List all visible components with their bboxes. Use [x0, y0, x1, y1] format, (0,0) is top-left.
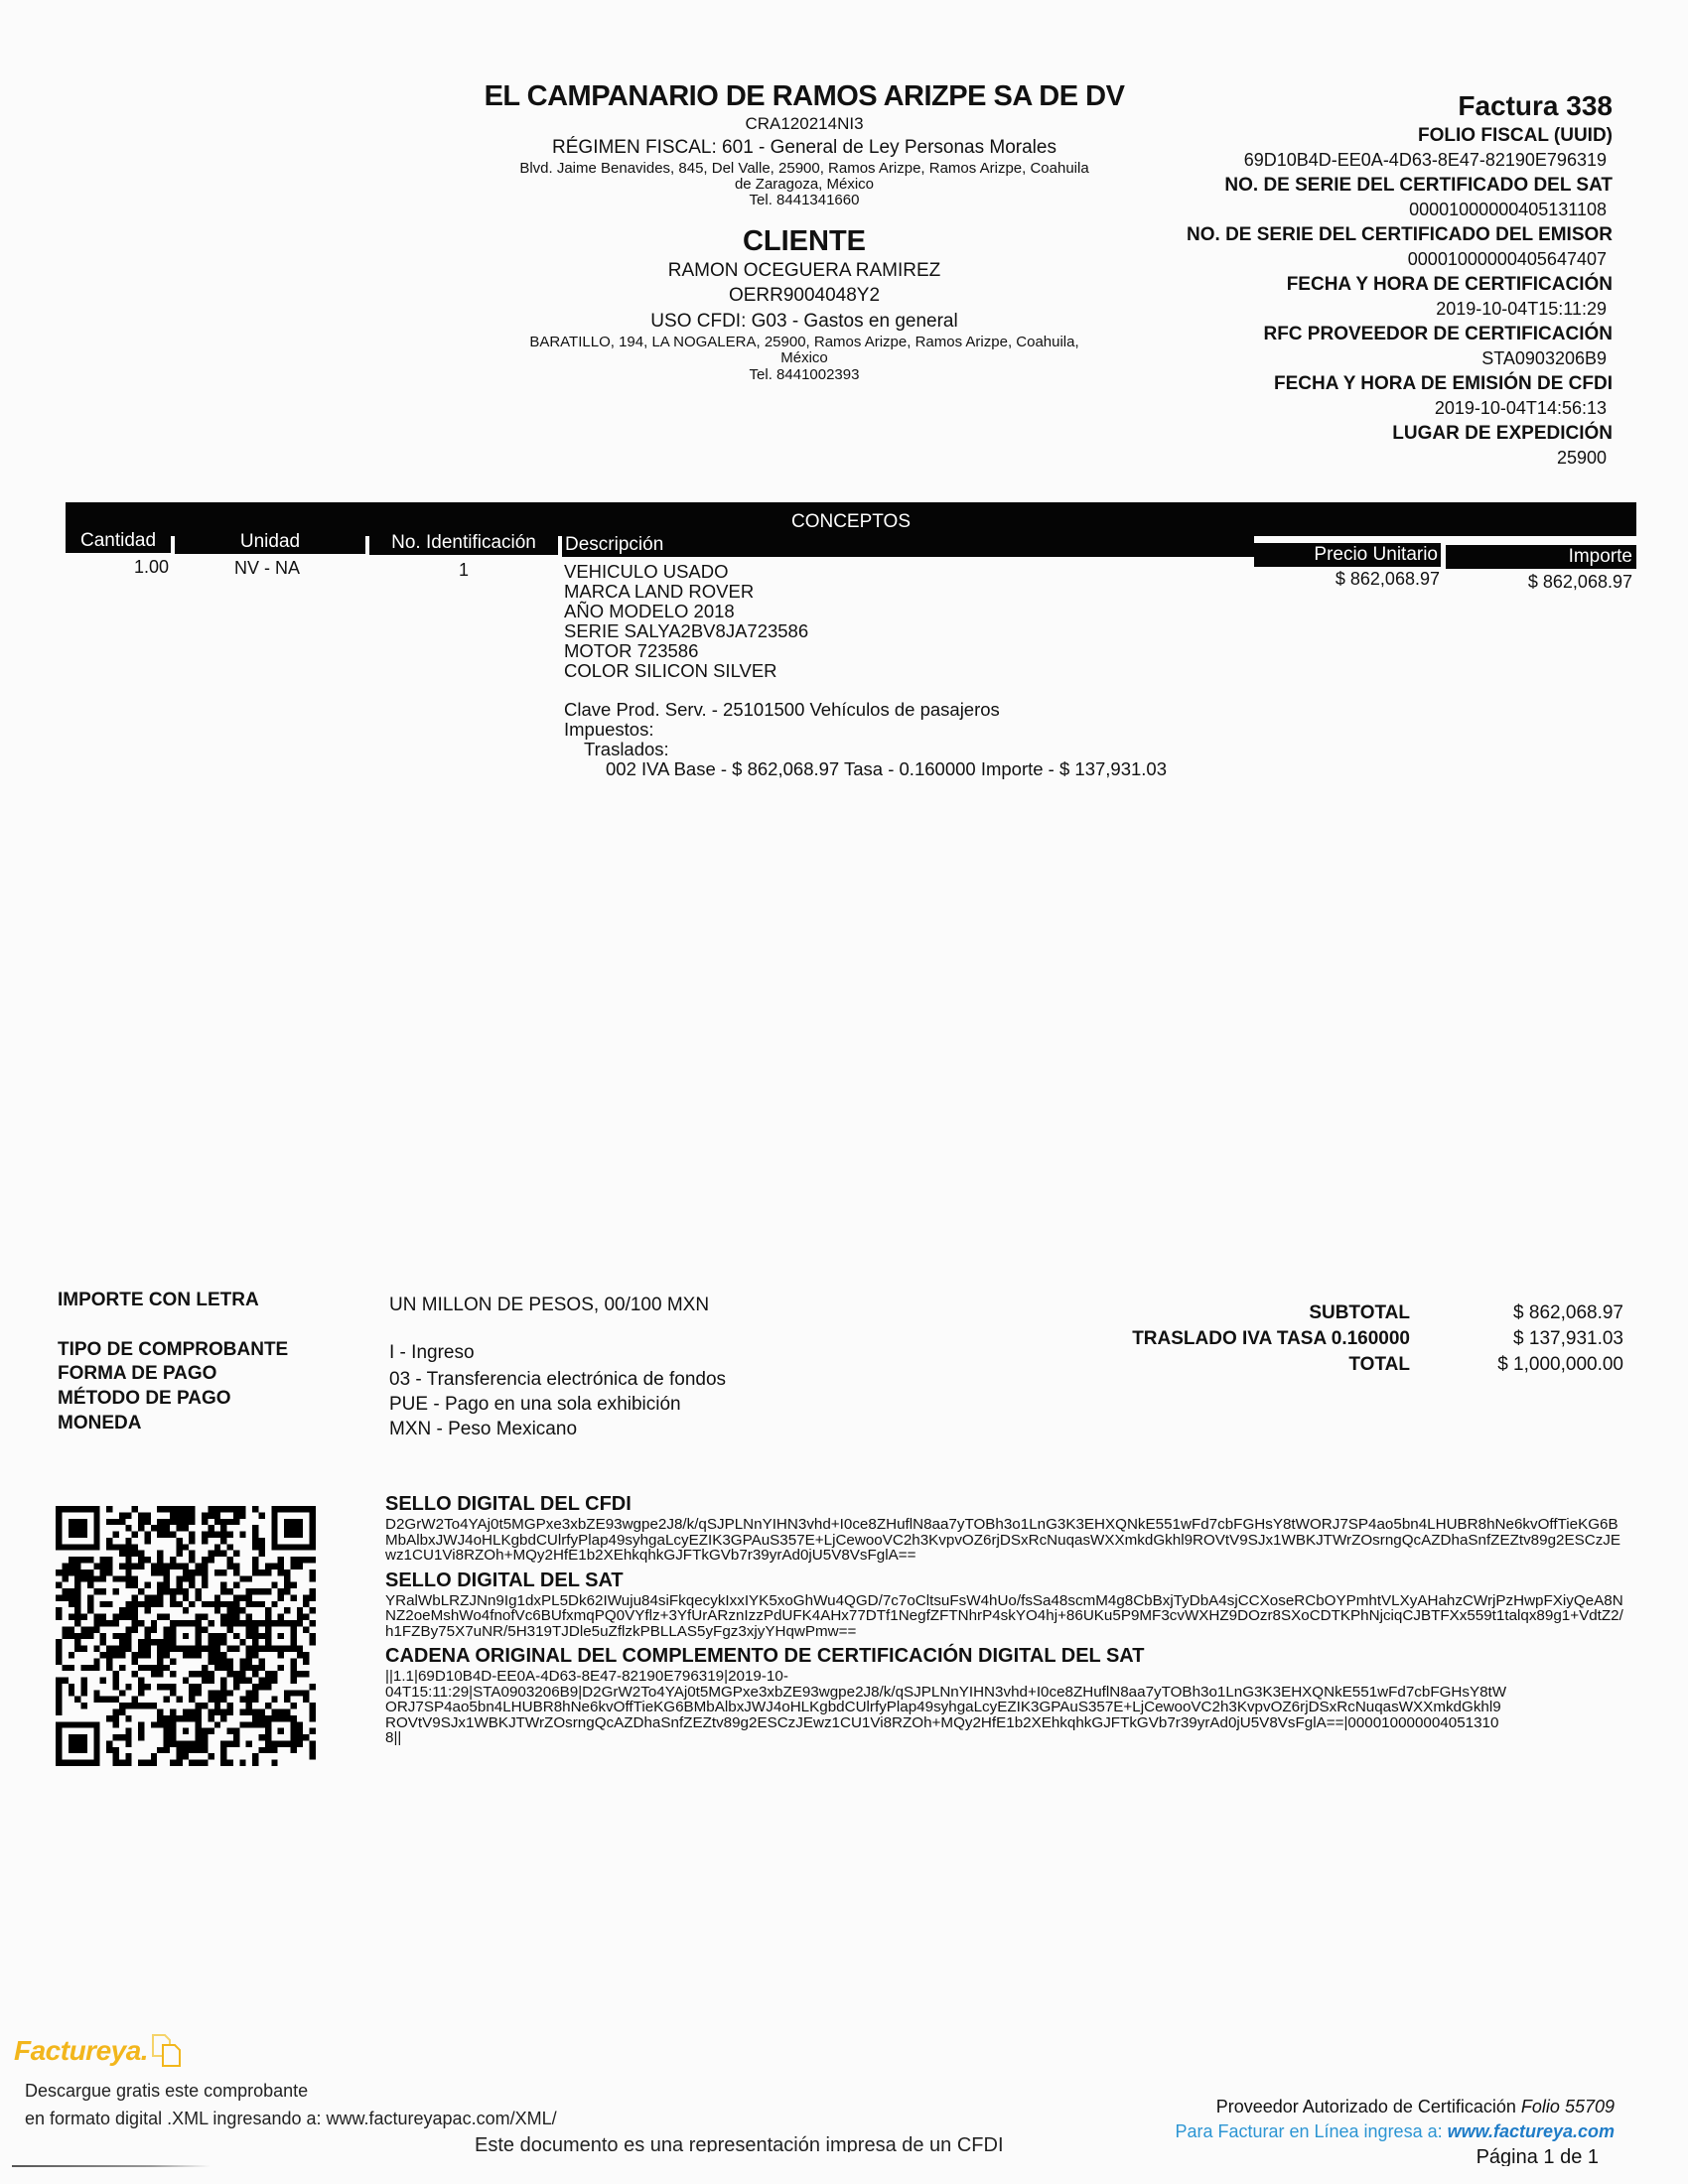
client-title: CLIENTE: [467, 224, 1142, 258]
cell-importe: $ 862,068.97: [1446, 572, 1632, 592]
emisor-cert-value: 00001000000405647407: [1096, 247, 1613, 272]
documents-icon: [151, 2033, 183, 2069]
issuer-block: EL CAMPANARIO DE RAMOS ARIZPE SA DE DV C…: [467, 79, 1142, 208]
download-text-line1: Descargue gratis este comprobante: [25, 2081, 308, 2102]
cadena-original-block: CADENA ORIGINAL DEL COMPLEMENTO DE CERTI…: [385, 1643, 1626, 1746]
cell-descripcion: VEHICULO USADO MARCA LAND ROVER AÑO MODE…: [564, 562, 1167, 779]
cert-date-label: FECHA Y HORA DE CERTIFICACIÓN: [1096, 272, 1613, 297]
iva-value: $ 137,931.03: [1410, 1326, 1623, 1352]
pac-notice: Proveedor Autorizado de Certificación Fo…: [1216, 2097, 1615, 2117]
moneda-label: MONEDA: [58, 1411, 141, 1435]
online-invoicing-notice: Para Facturar en Línea ingresa a: www.fa…: [1175, 2121, 1615, 2142]
total-value: $ 1,000,000.00: [1410, 1352, 1623, 1378]
subtotal-value: $ 862,068.97: [1410, 1300, 1623, 1326]
emission-date-value: 2019-10-04T14:56:13: [1096, 396, 1613, 421]
col-header-precio-unitario: Precio Unitario: [1254, 543, 1441, 567]
issuer-tel: Tel. 8441341660: [467, 193, 1142, 208]
col-header-descripcion: Descripción: [562, 533, 1254, 557]
iva-label: TRASLADO IVA TASA 0.160000: [1092, 1326, 1410, 1352]
client-block: CLIENTE RAMON OCEGUERA RAMIREZ OERR90040…: [467, 224, 1142, 383]
invoice-number: Factura 338: [1096, 89, 1613, 123]
download-text-line2: en formato digital .XML ingresando a: ww…: [25, 2109, 557, 2129]
expedition-place-label: LUGAR DE EXPEDICIÓN: [1096, 421, 1613, 446]
iva-row: TRASLADO IVA TASA 0.160000 $ 137,931.03: [1092, 1326, 1623, 1352]
issuer-name: EL CAMPANARIO DE RAMOS ARIZPE SA DE DV: [467, 79, 1142, 113]
cadena-original-label: CADENA ORIGINAL DEL COMPLEMENTO DE CERTI…: [385, 1643, 1626, 1669]
sello-cfdi-value: D2GrW2To4YAj0t5MGPxe3xbZE93wgpe2J8/k/qSJ…: [385, 1517, 1626, 1564]
client-rfc: OERR9004048Y2: [467, 283, 1142, 308]
subtotal-row: SUBTOTAL $ 862,068.97: [1092, 1300, 1623, 1326]
moneda-value: MXN - Peso Mexicano: [389, 1417, 577, 1441]
page-number: Página 1 de 1: [1477, 2146, 1599, 2166]
issuer-address-line1: Blvd. Jaime Benavides, 845, Del Valle, 2…: [467, 161, 1142, 177]
sello-sat-label: SELLO DIGITAL DEL SAT: [385, 1568, 1626, 1593]
total-label: TOTAL: [1092, 1352, 1410, 1378]
cadena-line: ORJ7SP4ao5bn4LHUBR8hNe6kvOffTieKG6BMbAlb…: [385, 1700, 1626, 1715]
fiscal-info: Factura 338 FOLIO FISCAL (UUID) 69D10B4D…: [1096, 89, 1613, 471]
pac-folio: Folio 55709: [1521, 2097, 1615, 2116]
traslados-label: Traslados:: [564, 740, 1167, 759]
factureya-logo: Factureya.: [14, 2035, 148, 2067]
tipo-comprobante-label: TIPO DE COMPROBANTE: [58, 1337, 288, 1362]
sello-sat-block: SELLO DIGITAL DEL SAT YRalWbLRZJNn9Ig1dx…: [385, 1568, 1626, 1640]
sat-cert-value: 00001000000405131108: [1096, 198, 1613, 222]
clave-prod-serv: Clave Prod. Serv. - 25101500 Vehículos d…: [564, 700, 1167, 720]
factureya-link[interactable]: www.factureya.com: [1448, 2121, 1615, 2141]
digital-seals: SELLO DIGITAL DEL CFDI D2GrW2To4YAj0t5MG…: [385, 1491, 1626, 1750]
sello-cfdi-label: SELLO DIGITAL DEL CFDI: [385, 1491, 1626, 1517]
emisor-cert-label: NO. DE SERIE DEL CERTIFICADO DEL EMISOR: [1096, 222, 1613, 247]
metodo-pago-value: PUE - Pago en una sola exhibición: [389, 1392, 681, 1417]
desc-line: AÑO MODELO 2018: [564, 602, 1167, 621]
subtotal-label: SUBTOTAL: [1092, 1300, 1410, 1326]
cadena-line: 04T15:11:29|STA0903206B9|D2GrW2To4YAj0t5…: [385, 1685, 1626, 1701]
importe-letra-label: IMPORTE CON LETRA: [58, 1288, 259, 1312]
forma-pago-label: FORMA DE PAGO: [58, 1361, 216, 1386]
sello-sat-value: YRalWbLRZJNn9Ig1dxPL5Dk62IWuju84siFkqecy…: [385, 1593, 1626, 1640]
totals-block: SUBTOTAL $ 862,068.97 TRASLADO IVA TASA …: [1092, 1300, 1623, 1378]
pac-label: Proveedor Autorizado de Certificación: [1216, 2097, 1516, 2116]
tipo-comprobante-value: I - Ingreso: [389, 1340, 475, 1365]
col-header-cantidad: Cantidad: [66, 529, 171, 553]
uuid-value: 69D10B4D-EE0A-4D63-8E47-82190E796319: [1096, 148, 1613, 173]
client-tel: Tel. 8441002393: [467, 366, 1142, 383]
issuer-rfc: CRA120214NI3: [467, 113, 1142, 135]
desc-line: COLOR SILICON SILVER: [564, 661, 1167, 681]
col-header-importe: Importe: [1446, 545, 1636, 569]
footer-divider: [12, 2165, 211, 2167]
expedition-place-value: 25900: [1096, 446, 1613, 471]
impuestos-label: Impuestos:: [564, 720, 1167, 740]
emission-date-label: FECHA Y HORA DE EMISIÓN DE CFDI: [1096, 371, 1613, 396]
client-address-line2: México: [467, 350, 1142, 366]
uuid-label: FOLIO FISCAL (UUID): [1096, 123, 1613, 148]
client-address-line1: BARATILLO, 194, LA NOGALERA, 25900, Ramo…: [467, 335, 1142, 350]
desc-line: MARCA LAND ROVER: [564, 582, 1167, 602]
desc-line: SERIE SALYA2BV8JA723586: [564, 621, 1167, 641]
col-header-unidad: Unidad: [175, 530, 365, 554]
linea-label: Para Facturar en Línea ingresa a:: [1175, 2121, 1442, 2141]
total-row: TOTAL $ 1,000,000.00: [1092, 1352, 1623, 1378]
cadena-line: ||1.1|69D10B4D-EE0A-4D63-8E47-82190E7963…: [385, 1669, 1626, 1685]
client-uso-cfdi: USO CFDI: G03 - Gastos en general: [467, 308, 1142, 335]
forma-pago-value: 03 - Transferencia electrónica de fondos: [389, 1367, 726, 1392]
issuer-address-line2: de Zaragoza, México: [467, 177, 1142, 193]
printed-representation-notice: Este documento es una representación imp…: [475, 2134, 1004, 2152]
sello-cfdi-block: SELLO DIGITAL DEL CFDI D2GrW2To4YAj0t5MG…: [385, 1491, 1626, 1564]
traslado-detail: 002 IVA Base - $ 862,068.97 Tasa - 0.160…: [564, 759, 1167, 779]
desc-line: VEHICULO USADO: [564, 562, 1167, 582]
importe-letra-value: UN MILLON DE PESOS, 00/100 MXN: [389, 1293, 709, 1317]
cell-cantidad: 1.00: [66, 557, 169, 577]
sat-cert-label: NO. DE SERIE DEL CERTIFICADO DEL SAT: [1096, 173, 1613, 198]
cell-no-identificacion: 1: [369, 560, 558, 580]
client-name: RAMON OCEGUERA RAMIREZ: [467, 258, 1142, 283]
cert-date-value: 2019-10-04T15:11:29: [1096, 297, 1613, 322]
cadena-line: ROVtV9SJx1WBKJTWrZOsrngQcAZDhaSnfZEZtv89…: [385, 1715, 1626, 1731]
issuer-regimen: RÉGIMEN FISCAL: 601 - General de Ley Per…: [467, 135, 1142, 161]
cadena-line: 8||: [385, 1730, 1626, 1746]
qr-code: [56, 1506, 316, 1766]
cell-unidad: NV - NA: [234, 558, 300, 578]
metodo-pago-label: MÉTODO DE PAGO: [58, 1386, 231, 1411]
pac-rfc-label: RFC PROVEEDOR DE CERTIFICACIÓN: [1096, 322, 1613, 346]
col-header-no-identificacion: No. Identificación: [369, 531, 558, 555]
pac-rfc-value: STA0903206B9: [1096, 346, 1613, 371]
cell-precio-unitario: $ 862,068.97: [1254, 569, 1440, 589]
desc-line: MOTOR 723586: [564, 641, 1167, 661]
